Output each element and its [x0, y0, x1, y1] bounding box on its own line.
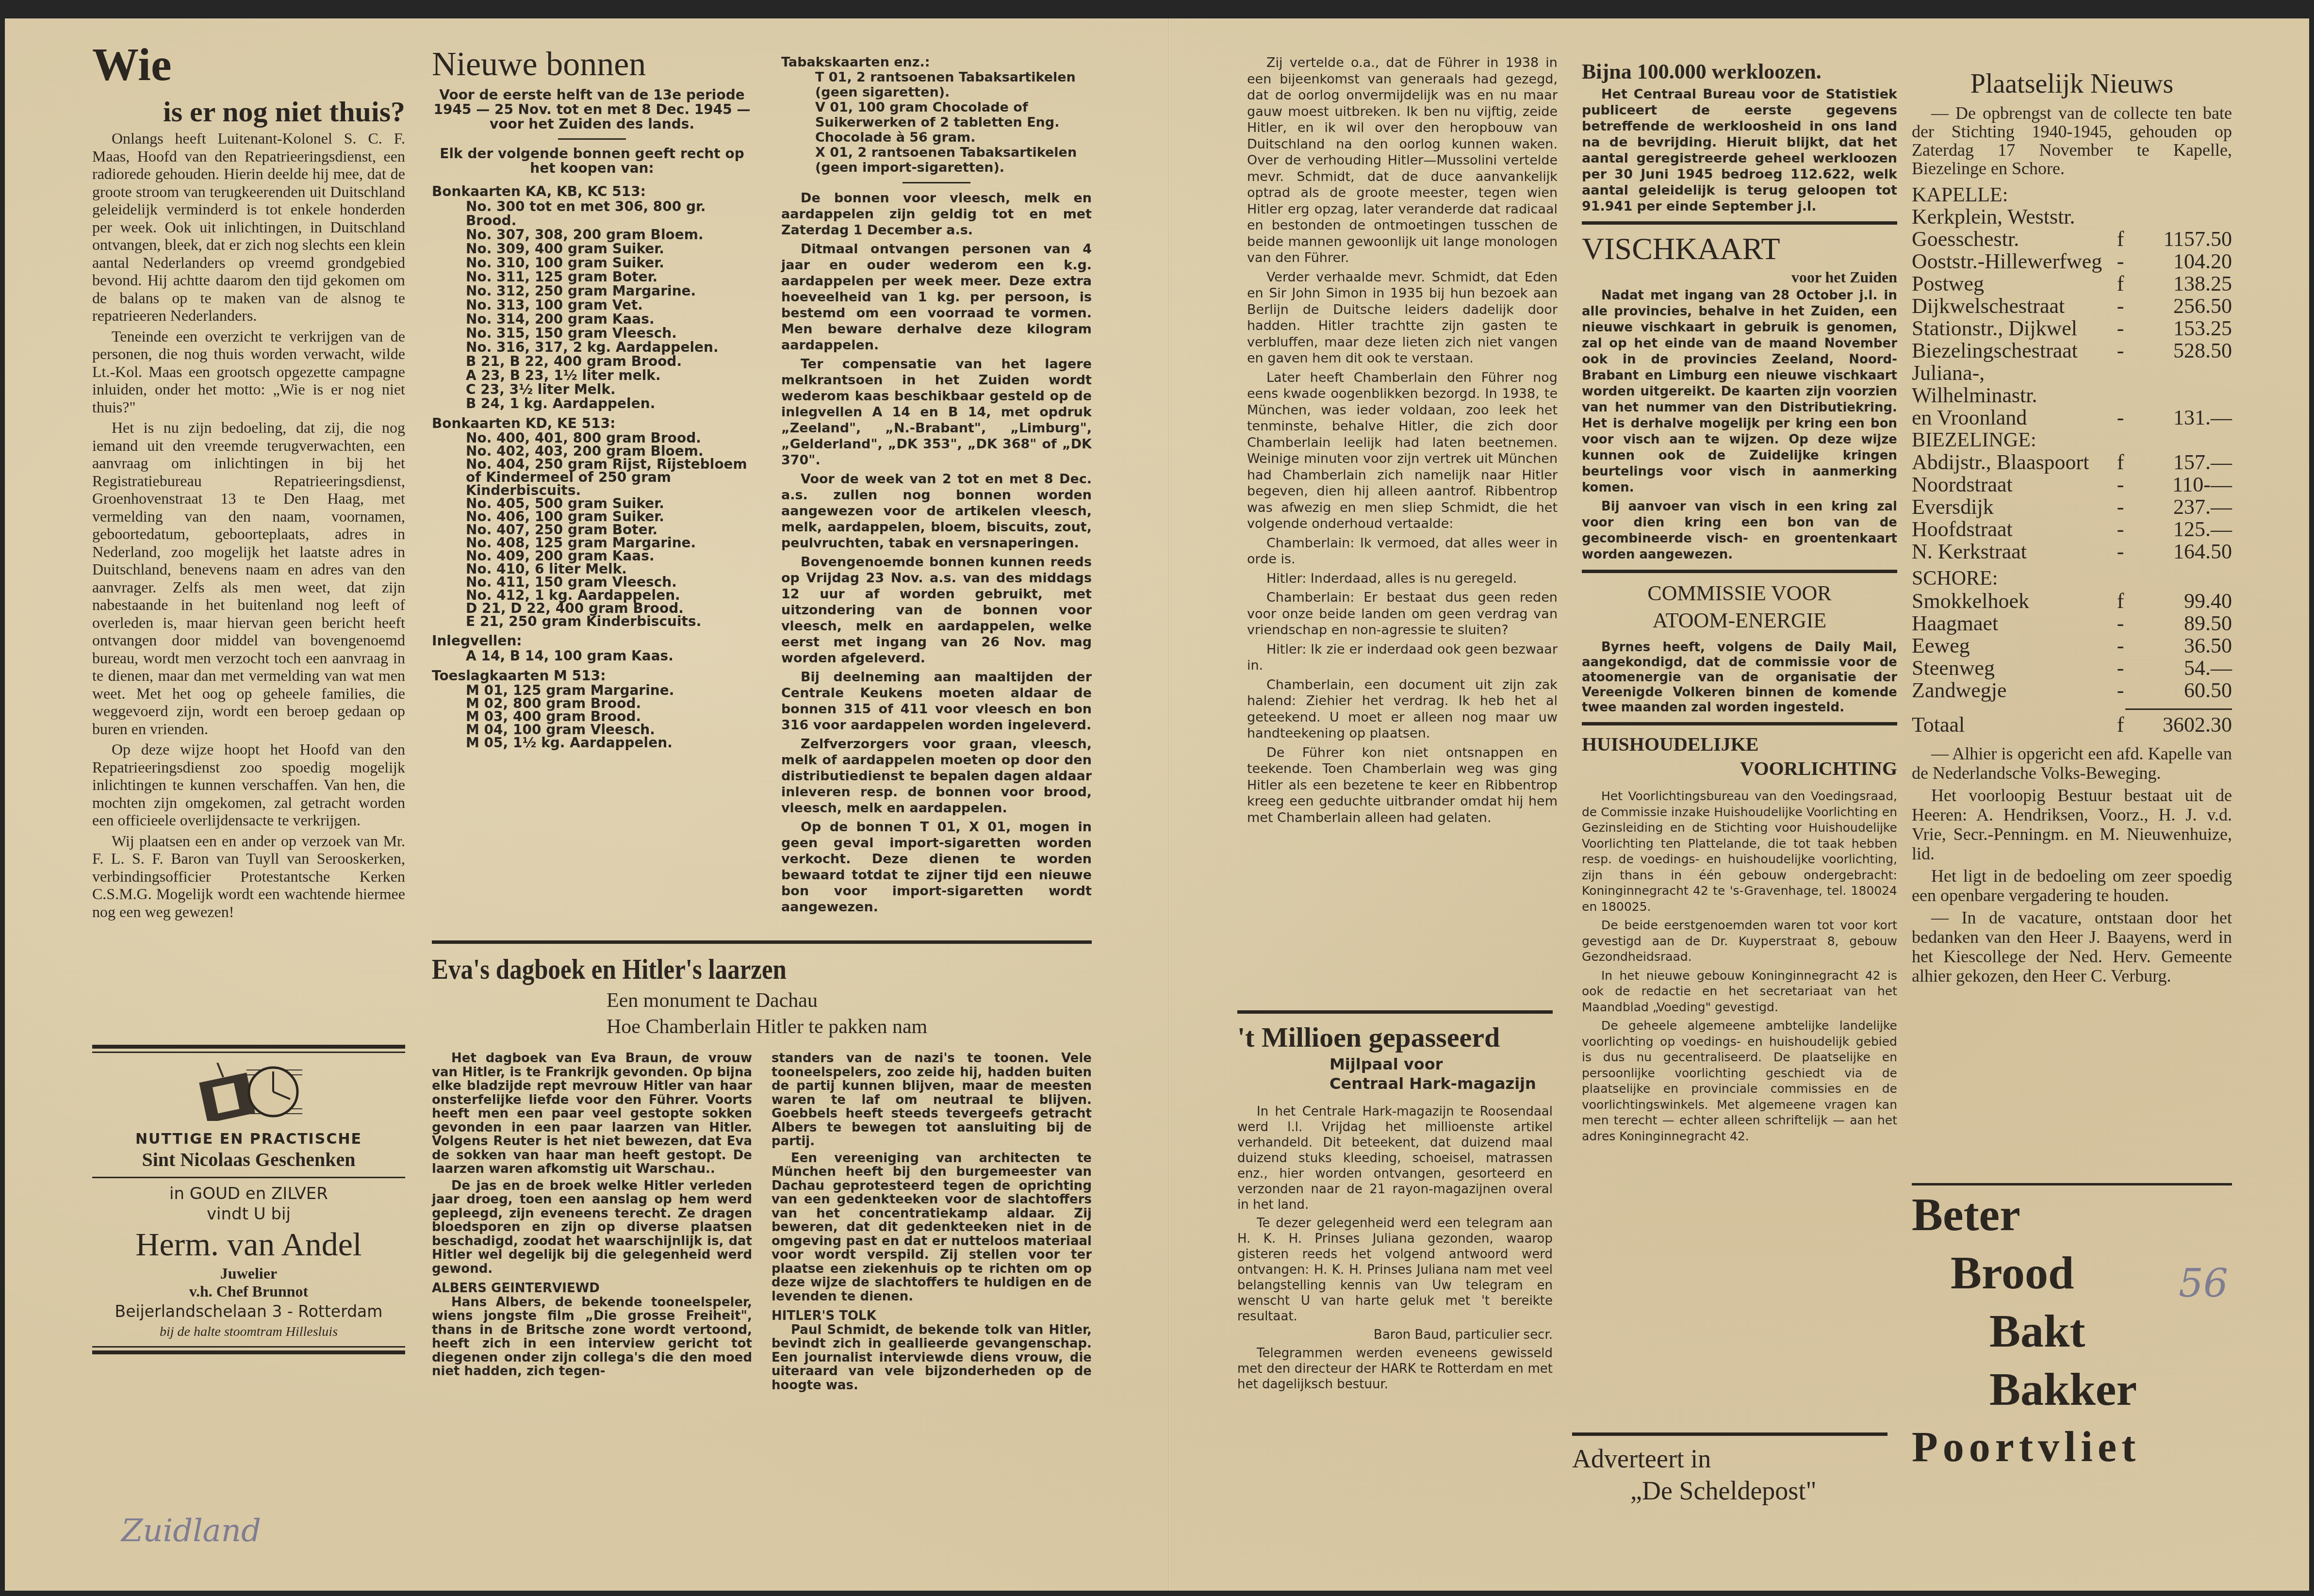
table-row: Haagmaet-89.50 [1912, 612, 2232, 635]
ad-beter-brood: Beter Brood Bakt Bakker Poortvliet [1912, 1183, 2232, 1477]
ad-line-2: Sint Nicolaas Geschenken [92, 1148, 405, 1172]
bakker-word: Bakker [1912, 1360, 2232, 1418]
article-millioen: 't Millioen gepasseerd Mijlpaal voor Cen… [1237, 1004, 1553, 1395]
vischkaart-paragraph: Nadat met ingang van 28 October j.l. in … [1582, 288, 1897, 496]
bonnen-group-heading: Toeslagkaarten M 513: [432, 668, 752, 684]
tolk-subheading: HITLER'S TOLK [771, 1309, 1092, 1323]
bon-item: No. 411, 150 gram Vleesch. [432, 576, 752, 589]
bonnen-paragraph: Op de bonnen T 01, X 01, mogen in geen g… [781, 819, 1092, 915]
collecte-table-kapelle: Kerkplein, Weststr. Goesschestr.f1157.50… [1912, 206, 2232, 429]
ad-note: bij de halte stoomtram Hillesluis [92, 1323, 405, 1341]
bon-item: M 03, 400 gram Brood. [432, 710, 752, 723]
bon-item: No. 406, 100 gram Suiker. [432, 510, 752, 523]
bon-item: C 23, 3½ liter Melk. [432, 382, 752, 396]
total-row: Totaalf3602.30 [1912, 714, 2232, 736]
beter-word: Beter [1912, 1185, 2232, 1244]
bonnen-paragraph: Voor de week van 2 tot en met 8 Dec. a.s… [781, 471, 1092, 551]
ad-scheldepost: Adverteert in „De Scheldepost" [1572, 1426, 1887, 1507]
millioen-sub-1: Mijlpaal voor [1237, 1054, 1553, 1074]
table-row: Eversdijk-237.— [1912, 496, 2232, 518]
bonnen-paragraph: Ditmaal ontvangen personen van 4 jaar en… [781, 241, 1092, 353]
plaatselijk-intro: — De opbrengst van de collecte ten bate … [1912, 104, 2232, 178]
bon-item: No. 407, 250 gram Boter. [432, 523, 752, 536]
table-row: Kerkplein, Weststr. [1912, 206, 2232, 228]
bonnen-group-heading: Bonkaarten KA, KB, KC 513: [432, 183, 752, 199]
eva-paragraph: standers van de nazi's te toonen. Vele t… [771, 1052, 1092, 1149]
collecte-table-biezelinge: Abdijstr., Blaaspoortf157.— Noordstraat-… [1912, 451, 2232, 563]
collecte-total: Totaalf3602.30 [1912, 714, 2232, 736]
table-row: Steenweg-54.— [1912, 657, 2232, 679]
handwritten-number: 56 [2179, 1261, 2228, 1306]
column-5: Bijna 100.000 werkloozen. Het Centraal B… [1582, 57, 1897, 1147]
huishoud-title-2: VOORLICHTING [1582, 757, 1897, 781]
millioen-signature: Baron Baud, particulier secr. [1237, 1327, 1553, 1343]
bon-item: No. 316, 317, 2 kg. Aardappelen. [432, 340, 752, 354]
huishoud-paragraph: De geheele algemeene ambtelijke landelij… [1582, 1018, 1897, 1144]
eva-sub-1: Een monument te Dachau [432, 987, 1092, 1014]
bon-item: No. 312, 250 gram Margarine. [432, 284, 752, 298]
bon-item: No. 300 tot en met 306, 800 gr. Brood. [432, 199, 752, 228]
bonnen-title: Nieuwe bonnen [432, 45, 752, 84]
eva-title: Eva's dagboek en Hitler's laarzen [432, 951, 993, 987]
table-row: Noordstraat-110-— [1912, 474, 2232, 496]
plaatselijk-paragraph: Het ligt in de bedoeling om zeer spoedig… [1912, 866, 2232, 905]
table-row: Zandwegje-60.50 [1912, 679, 2232, 702]
article-hitler-cont: Zij vertelde o.a., dat de Führer in 1938… [1247, 55, 1558, 829]
ad-line-4: vindt U bij [92, 1204, 405, 1224]
poortvliet-word: Poortvliet [1912, 1418, 2232, 1477]
bon-item: No. 405, 500 gram Suiker. [432, 497, 752, 510]
scheldepost-line-2: „De Scheldepost" [1572, 1475, 1887, 1507]
table-row: en Vroonland-131.— [1912, 407, 2232, 429]
bon-item: No. 313, 100 gram Vet. [432, 298, 752, 312]
bonnen-subtitle: Voor de eerste helft van de 13e periode … [432, 88, 752, 132]
bon-item: B 24, 1 kg. Aardappelen. [432, 396, 752, 411]
tabak-item: V 01, 100 gram Chocolade of Suikerwerken… [781, 100, 1092, 145]
ad-line-1: NUTTIGE EN PRACTISCHE [92, 1131, 405, 1148]
bonnen-list: No. 400, 401, 800 gram Brood. No. 402, 4… [432, 431, 752, 628]
eva-sub-2: Hoe Chamberlain Hitler te pakken nam [432, 1014, 1092, 1040]
wie-paragraph: Het is nu zijn bedoeling, dat zij, die n… [92, 419, 405, 738]
bon-item: No. 309, 400 gram Suiker. [432, 242, 752, 256]
huishoud-paragraph: Het Voorlichtingsbureau van den Voedings… [1582, 789, 1897, 915]
plaatselijk-title: Plaatselijk Nieuws [1912, 67, 2232, 101]
bon-item: M 04, 100 gram Vleesch. [432, 723, 752, 736]
bonnen-paragraph: Bovengenoemde bonnen kunnen reeds op Vri… [781, 554, 1092, 666]
hitler-paragraph: Verder verhaalde mevr. Schmidt, dat Eden… [1247, 269, 1558, 367]
bonnen-paragraph: Zelfverzorgers voor graan, vleesch, melk… [781, 736, 1092, 816]
millioen-paragraph: Te dezer gelegenheid werd een telegram a… [1237, 1216, 1553, 1324]
ad-line-3: in GOUD en ZILVER [92, 1183, 405, 1204]
ad-role: Juwelier [92, 1265, 405, 1283]
millioen-sub-2: Centraal Hark-magazijn [1237, 1074, 1553, 1093]
hitler-paragraph: Chamberlain, een document uit zijn zak h… [1247, 677, 1558, 742]
table-row: Biezelingschestraat-528.50 [1912, 340, 2232, 362]
vischkaart-sub: voor het Zuiden [1582, 266, 1897, 288]
section-heading: BIEZELINGE: [1912, 429, 2232, 451]
hitler-paragraph: Chamberlain: Ik vermoed, dat alles weer … [1247, 535, 1558, 568]
plaatselijk-paragraph: Het voorloopig Bestuur bestaat uit de He… [1912, 786, 2232, 863]
bon-item: No. 410, 6 liter Melk. [432, 562, 752, 576]
ad-van-andel: NUTTIGE EN PRACTISCHE Sint Nicolaas Gesc… [92, 1045, 405, 1354]
article-bonnen-cont: Tabakskaarten enz.: T 01, 2 rantsoenen T… [781, 55, 1092, 918]
ad-address: Beijerlandschelaan 3 - Rotterdam [92, 1300, 405, 1323]
bon-item: M 01, 125 gram Margarine. [432, 684, 752, 697]
tabak-heading: Tabakskaarten enz.: [781, 55, 1092, 70]
bon-item: A 14, B 14, 100 gram Kaas. [432, 649, 752, 663]
tabak-item: T 01, 2 rantsoenen Tabaksartikelen (geen… [781, 70, 1092, 100]
bon-item: No. 315, 150 gram Vleesch. [432, 326, 752, 340]
bon-item: B 21, B 22, 400 gram Brood. [432, 354, 752, 368]
ad-former: v.h. Chef Brunnot [92, 1283, 405, 1300]
plaatselijk-paragraph: — In de vacature, ontstaan door het beda… [1912, 908, 2232, 986]
table-row: Smokkelhoekf99.40 [1912, 590, 2232, 612]
bon-item: D 21, D 22, 400 gram Brood. [432, 602, 752, 615]
eva-paragraph: Het dagboek van Eva Braun, de vrouw van … [432, 1052, 752, 1176]
table-row: Abdijstr., Blaaspoortf157.— [1912, 451, 2232, 474]
werkloozen-title: Bijna 100.000 werkloozen. [1582, 57, 1897, 86]
bon-item: No. 412, 1 kg. Aardappelen. [432, 589, 752, 602]
atoom-title-2: ATOOM-ENERGIE [1582, 607, 1897, 634]
table-row: Goesschestr.f1157.50 [1912, 228, 2232, 250]
collecte-table-schore: Smokkelhoekf99.40 Haagmaet-89.50 Eeweg-3… [1912, 590, 2232, 702]
hitler-paragraph: Chamberlain: Er bestaat dus geen reden v… [1247, 590, 1558, 639]
bon-item: No. 409, 200 gram Kaas. [432, 549, 752, 562]
vischkaart-paragraph: Bij aanvoer van visch in een kring zal v… [1582, 499, 1897, 563]
table-row: Juliana-, Wilhelminastr. [1912, 362, 2232, 407]
hitler-paragraph: Hitler: Ik zie er inderdaad ook geen bez… [1247, 642, 1558, 674]
bon-item: M 02, 800 gram Brood. [432, 697, 752, 710]
huishoud-paragraph: In het nieuwe gebouw Koninginnegracht 42… [1582, 968, 1897, 1016]
article-plaatselijk: Plaatselijk Nieuws — De opbrengst van de… [1912, 67, 2232, 988]
center-fold [1168, 18, 1171, 1591]
wie-title-line2: is er nog niet thuis? [92, 94, 405, 130]
hitler-paragraph: Hitler: Inderdaad, alles is nu geregeld. [1247, 571, 1558, 587]
pendant-clock-icon [92, 1063, 405, 1121]
scheldepost-line-1: Adverteert in [1572, 1443, 1887, 1475]
section-heading: SCHORE: [1912, 567, 2232, 590]
bonnen-group-heading: Inlegvellen: [432, 633, 752, 649]
bonnen-list: M 01, 125 gram Margarine. M 02, 800 gram… [432, 684, 752, 749]
bon-item: E 21, 250 gram Kinderbiscuits. [432, 615, 752, 628]
newspaper-spread: Wie is er nog niet thuis? Onlangs heeft … [5, 18, 2309, 1591]
bonnen-paragraph: De bonnen voor vleesch, melk en aardappe… [781, 190, 1092, 238]
wie-title-line1: Wie [92, 40, 405, 89]
bon-item: No. 402, 403, 200 gram Bloem. [432, 444, 752, 458]
table-row: Postwegf138.25 [1912, 273, 2232, 295]
huishoud-paragraph: De beide eerstgenoemden waren tot voor k… [1582, 918, 1897, 965]
plaatselijk-paragraph: — Alhier is opgericht een afd. Kapelle v… [1912, 744, 2232, 783]
bon-item: No. 307, 308, 200 gram Bloem. [432, 228, 752, 242]
atoom-title-1: COMMISSIE VOOR [1582, 580, 1897, 607]
bon-item: No. 311, 125 gram Boter. [432, 270, 752, 284]
article-wie: Wie is er nog niet thuis? Onlangs heeft … [92, 40, 405, 923]
millioen-paragraph: In het Centrale Hark-magazijn te Roosend… [1237, 1104, 1553, 1213]
bon-item: A 23, B 23, 1½ liter melk. [432, 368, 752, 382]
article-eva: Eva's dagboek en Hitler's laarzen Een mo… [432, 940, 1092, 1395]
table-row: Dijkwelschestraat-256.50 [1912, 295, 2232, 317]
wie-paragraph: Teneinde een overzicht te verkrijgen van… [92, 328, 405, 416]
article-bonnen: Nieuwe bonnen Voor de eerste helft van d… [432, 45, 752, 749]
bonnen-list: A 14, B 14, 100 gram Kaas. [432, 649, 752, 663]
werkloozen-paragraph: Het Centraal Bureau voor de Statistiek p… [1582, 86, 1897, 214]
millioen-title: 't Millioen gepasseerd [1237, 1020, 1553, 1054]
vischkaart-title: VISCHKAART [1582, 231, 1897, 266]
bonnen-paragraph: Bij deelneming aan maaltijden der Centra… [781, 669, 1092, 733]
tabak-item: X 01, 2 rantsoenen Tabaksartikelen (geen… [781, 145, 1092, 175]
wie-paragraph: Op deze wijze hoopt het Hoofd van den Re… [92, 740, 405, 829]
bakt-word: Bakt [1912, 1302, 2232, 1360]
albers-subheading: ALBERS GEINTERVIEWD [432, 1282, 752, 1296]
bon-item: No. 314, 200 gram Kaas. [432, 312, 752, 326]
table-row: N. Kerkstraat-164.50 [1912, 541, 2232, 563]
section-heading: KAPELLE: [1912, 184, 2232, 206]
bonnen-intro: Elk der volgende bonnen geeft recht op h… [432, 147, 752, 176]
huishoud-title-1: HUISHOUDELIJKE [1582, 732, 1897, 757]
millioen-paragraph: Telegrammen werden eveneens gewisseld me… [1237, 1346, 1553, 1392]
bon-item: No. 408, 125 gram Margarine. [432, 536, 752, 549]
bonnen-paragraph: Ter compensatie van het lagere melkrants… [781, 356, 1092, 468]
hitler-paragraph: De Führer kon niet ontsnappen en teekend… [1247, 745, 1558, 826]
bon-item: M 05, 1½ kg. Aardappelen. [432, 736, 752, 749]
tabak-list: T 01, 2 rantsoenen Tabaksartikelen (geen… [781, 70, 1092, 175]
table-row: Stationstr., Dijkwel-153.25 [1912, 317, 2232, 340]
bonnen-group-heading: Bonkaarten KD, KE 513: [432, 415, 752, 431]
eva-paragraph: Paul Schmidt, de bekende tolk van Hitler… [771, 1323, 1092, 1393]
eva-paragraph: De jas en de broek welke Hitler verleden… [432, 1179, 752, 1276]
bon-item: No. 400, 401, 800 gram Brood. [432, 431, 752, 444]
eva-paragraph: Hans Albers, de bekende tooneelspeler, w… [432, 1296, 752, 1379]
atoom-paragraph: Byrnes heeft, volgens de Daily Mail, aan… [1582, 640, 1897, 715]
bon-item: No. 310, 100 gram Suiker. [432, 256, 752, 270]
table-row: Hoofdstraat-125.— [1912, 518, 2232, 541]
bon-item: No. 404, 250 gram Rijst, Rijstebloem of … [432, 458, 752, 497]
wie-paragraph: Onlangs heeft Luitenant-Kolonel S. C. F.… [92, 130, 405, 325]
table-row: Eeweg-36.50 [1912, 635, 2232, 657]
bonnen-list: No. 300 tot en met 306, 800 gr. Brood. N… [432, 199, 752, 411]
handwritten-note-left: Zuidland [121, 1513, 261, 1549]
table-row: Ooststr.-Hillewerfweg-104.20 [1912, 250, 2232, 273]
ad-name: Herm. van Andel [92, 1224, 405, 1265]
eva-paragraph: Een vereeniging van architecten te Münch… [771, 1152, 1092, 1304]
hitler-paragraph: Later heeft Chamberlain den Führer nog e… [1247, 370, 1558, 532]
wie-paragraph: Wij plaatsen een en ander op verzoek van… [92, 832, 405, 921]
hitler-paragraph: Zij vertelde o.a., dat de Führer in 1938… [1247, 55, 1558, 266]
